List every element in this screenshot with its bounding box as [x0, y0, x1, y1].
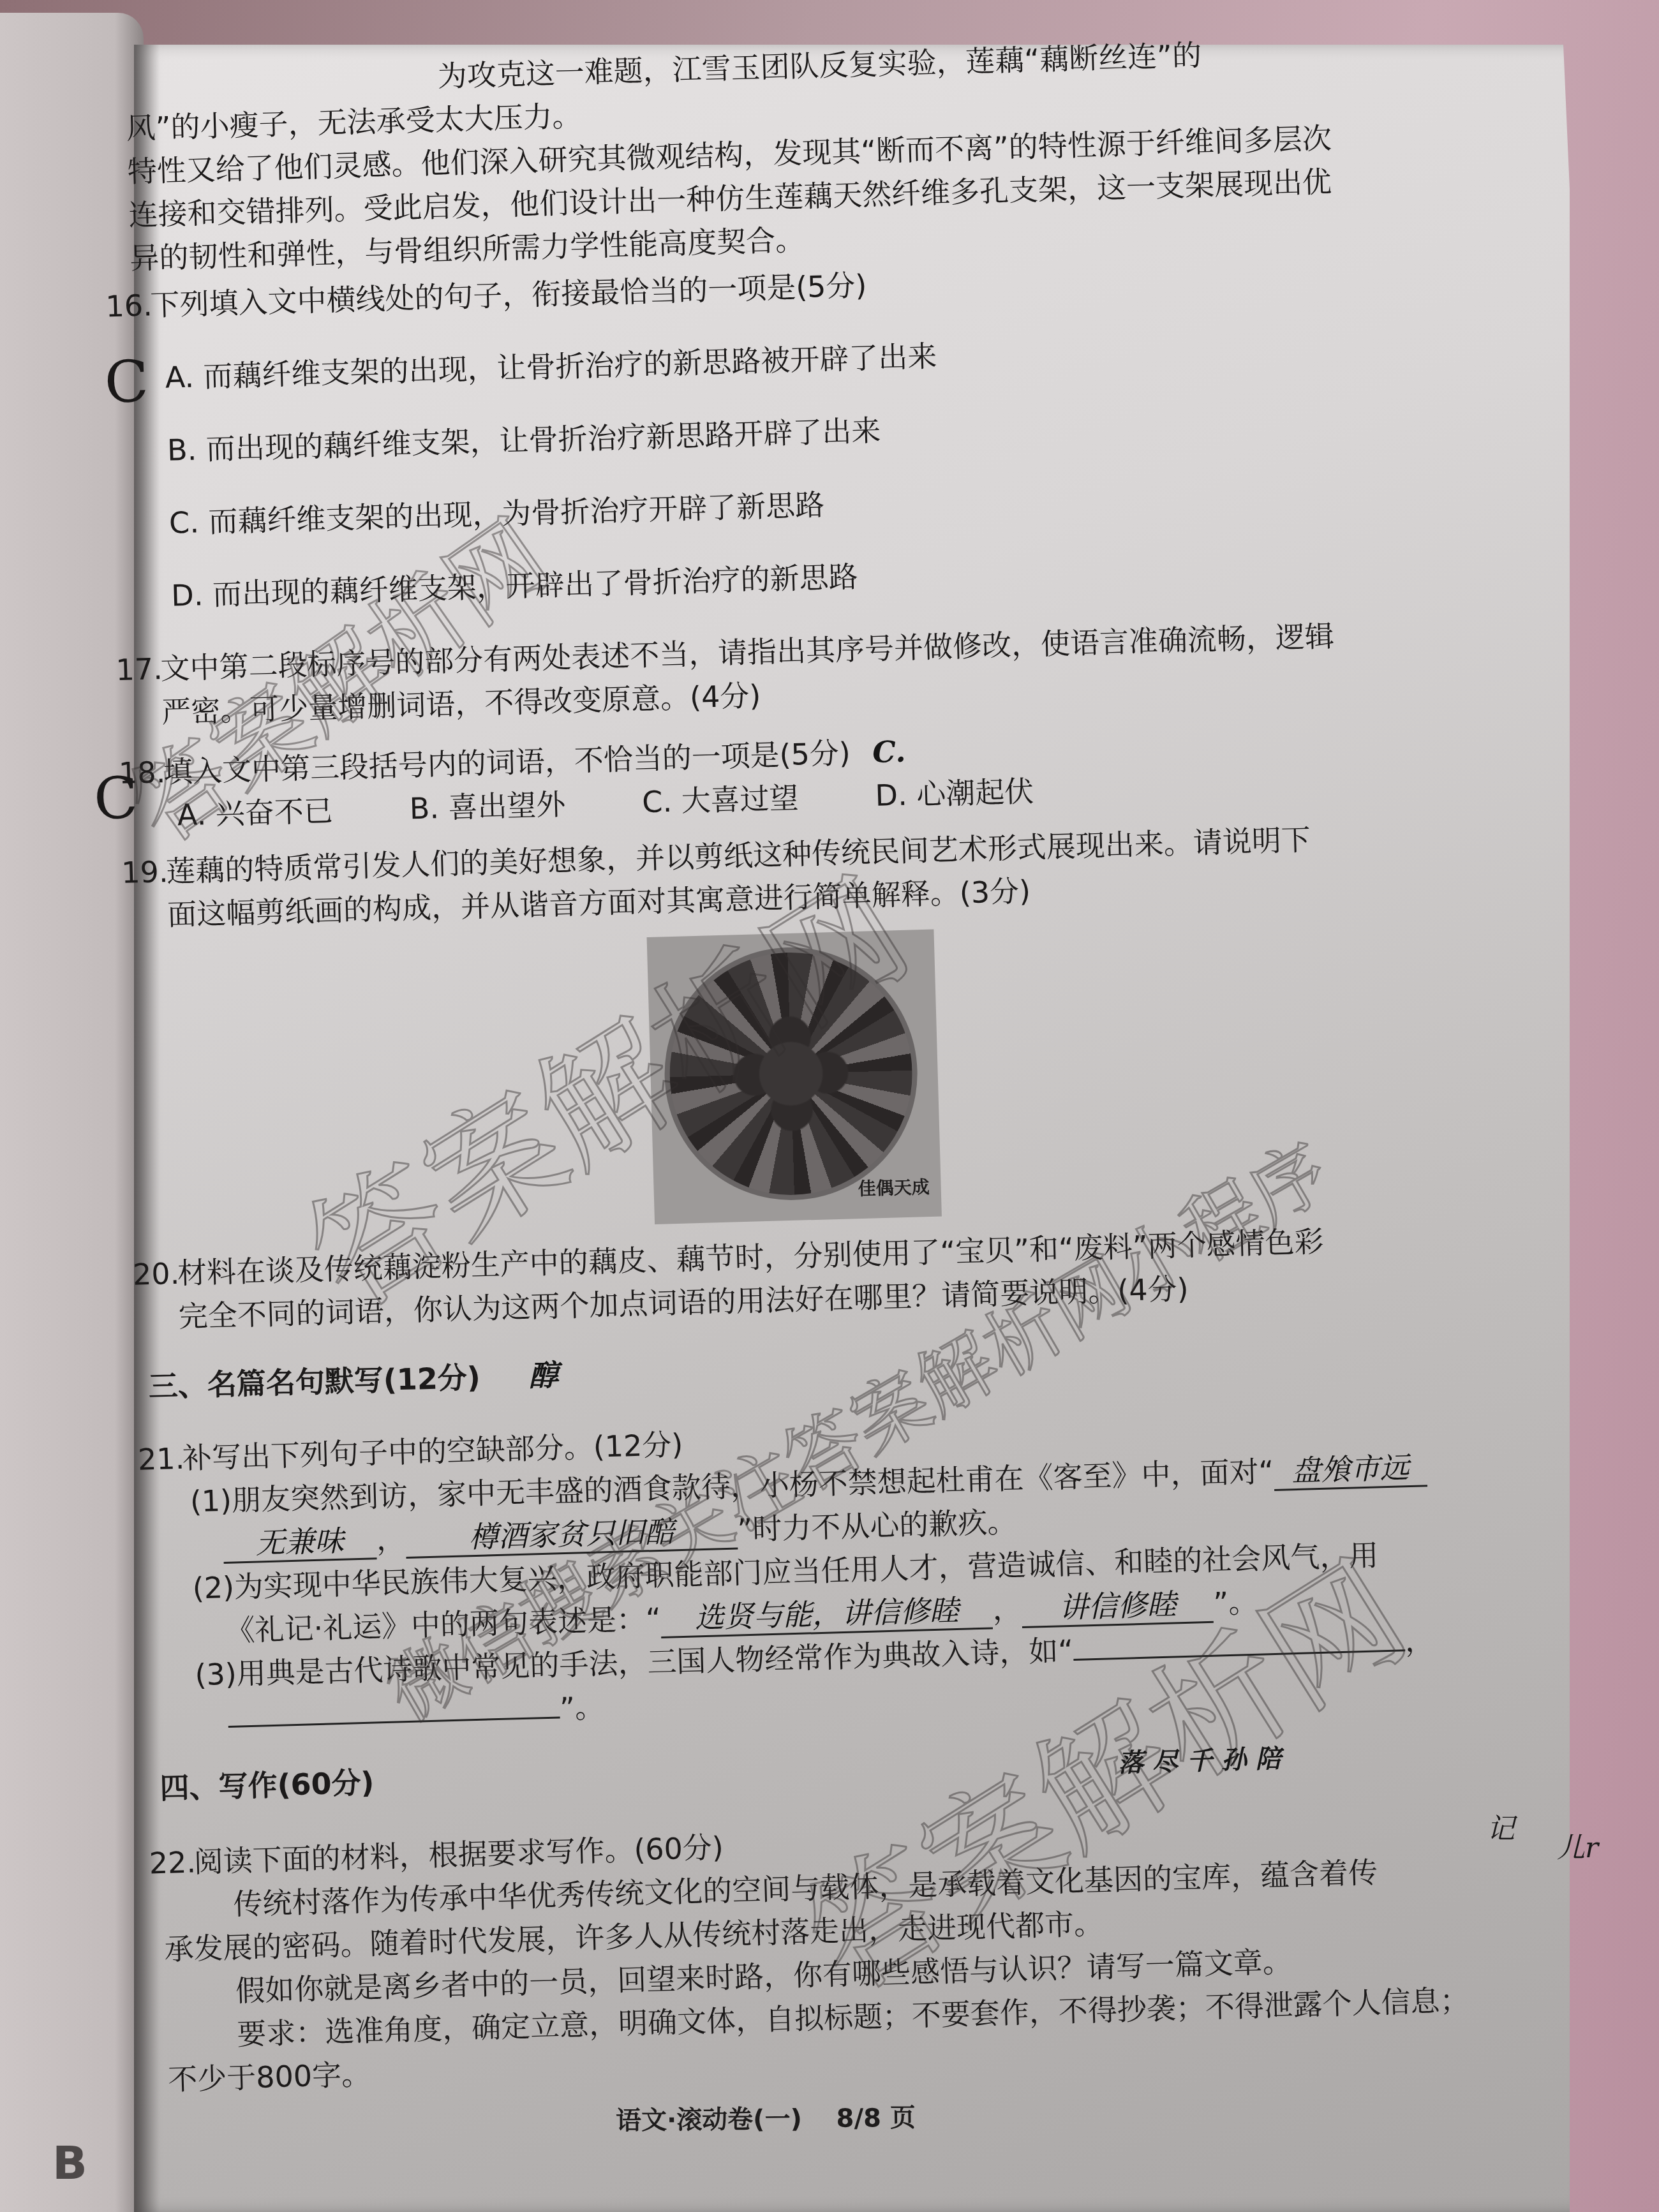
margin-scribble: 记: [1487, 1806, 1515, 1846]
exam-content: 为攻克这一难题，江雪玉团队反复实验，莲藕“藕断丝连”的 风”的小瘦子，无法承受太…: [112, 29, 1412, 2102]
page-number: 8/8 页: [836, 2104, 916, 2134]
option-c: C. 大喜过望: [641, 776, 799, 824]
margin-scribble: 醇: [528, 1358, 558, 1393]
item-text: ，: [1404, 1623, 1434, 1658]
option-d: D. 心潮起伏: [875, 769, 1034, 817]
option-a: A. 而藕纤维支架的出现，让骨折治疗的新思路被开辟了出来: [120, 322, 1365, 400]
intro-passage: 为攻克这一难题，江雪玉团队反复实验，莲藕“藕断丝连”的 风”的小瘦子，无法承受太…: [112, 29, 1362, 281]
answer-blank[interactable]: 讲信修睦: [1022, 1585, 1214, 1628]
inline-answer: C.: [872, 734, 906, 769]
question-20: 20. 材料在谈及传统藕淀粉生产中的藕皮、藕节时，分别使用了“宝贝”和“废料”两…: [145, 1218, 1391, 1339]
section-3-title: 三、名篇名句默写(12分) 醇: [148, 1330, 1393, 1408]
margin-scribble: 儿r: [1557, 1825, 1598, 1866]
handwritten-answer: C: [104, 360, 149, 405]
answer-blank[interactable]: 无兼味: [223, 1522, 377, 1564]
option-c: C. 而藕纤维支架的出现，为骨折治疗开辟了新思路: [124, 468, 1369, 546]
question-number: 19.: [121, 850, 160, 894]
page-footer: 语文·滚动卷(一) 8/8 页: [616, 2098, 916, 2137]
paper-cut-image: 佳偶天成: [647, 930, 942, 1224]
option-b: B. 而出现的藕纤维支架，让骨折治疗新思路开辟了出来: [122, 395, 1367, 473]
question-number: 16.: [105, 284, 145, 329]
option-d: D. 而出现的藕纤维支架，开辟出了骨折治疗的新思路: [126, 540, 1371, 618]
question-22: 22. 阅读下面的材料，根据要求写作。(60分) 传统村落作为传承中华优秀传统文…: [161, 1806, 1413, 2101]
image-caption: 佳偶天成: [858, 1166, 930, 1211]
section-title-text: 四、写作(60分): [160, 1765, 375, 1806]
option-a: A. 兴奋不已: [177, 789, 334, 837]
answer-blank[interactable]: 樽酒家贫只旧醅: [405, 1512, 738, 1559]
item-text: ”时力不从心的歉疚。: [737, 1504, 1017, 1547]
question-18: 18. 填入文中第三段括号内的词语，不恰当的一项是(5分) C. A. 兴奋不已…: [131, 716, 1377, 838]
question-16: 16. 下列填入文中横线处的句子，衔接最恰当的一项是(5分) A. 而藕纤维支架…: [118, 249, 1371, 618]
question-number: 21.: [137, 1437, 177, 1481]
item-text: ”。: [559, 1689, 604, 1725]
question-21: 21. 补写出下列句子中的空缺部分。(12分) (1)朋友突然到访，家中无丰盛的…: [150, 1403, 1402, 1741]
answer-blank[interactable]: [228, 1716, 560, 1728]
question-number: 20.: [132, 1252, 172, 1296]
question-number: 22.: [149, 1841, 188, 1885]
question-number: 17.: [115, 648, 155, 692]
question-17: 17. 文中第二段标序号的部分有两处表述不当，请指出其序号并做修改，使语言准确流…: [128, 613, 1374, 734]
option-b: B. 喜出望外: [409, 783, 567, 831]
corner-letter: B: [52, 2136, 87, 2190]
section-title-text: 三、名篇名句默写(12分): [148, 1360, 480, 1404]
question-19: 19. 莲藕的特质常引发人们的美好想象，并以剪纸这种传统民间艺术形式展现出来。请…: [133, 816, 1388, 1238]
footer-title: 语文·滚动卷(一): [616, 2104, 802, 2135]
margin-scribble: 落 尽 千 孙 陪: [1117, 1744, 1281, 1778]
section-4-title: 四、写作(60分) 落 尽 千 孙 陪: [160, 1732, 1404, 1812]
lotus-paper-cut-art: [666, 949, 915, 1198]
item-text: ”。: [1213, 1585, 1258, 1621]
item-text: 《礼记·礼运》中的两句表述是：“: [225, 1601, 662, 1648]
handwritten-answer: C: [93, 776, 138, 821]
answer-blank[interactable]: 盘飧市远: [1274, 1449, 1428, 1491]
answer-blank[interactable]: [1073, 1649, 1405, 1661]
answer-blank[interactable]: 选贤与能，讲信修睦: [660, 1591, 993, 1638]
